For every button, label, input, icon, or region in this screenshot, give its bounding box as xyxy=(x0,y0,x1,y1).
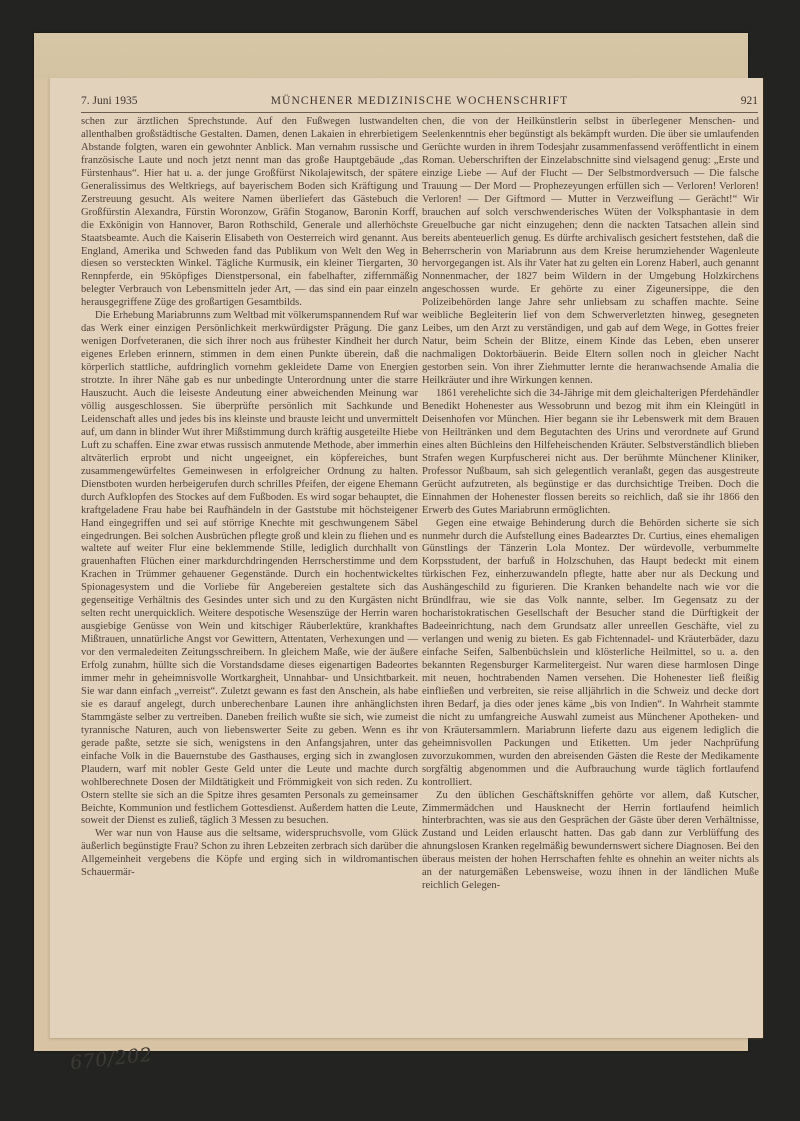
paragraph: Zu den üblichen Geschäftskniffen gehörte… xyxy=(422,790,759,894)
journal-title: MÜNCHENER MEDIZINISCHE WOCHENSCHRIFT xyxy=(81,95,758,107)
paragraph: Die Erhebung Mariabrunns zum Weltbad mit… xyxy=(81,310,418,828)
paragraph: Gegen eine etwaige Behinderung durch die… xyxy=(422,518,759,790)
paragraph: Wer war nun von Hause aus die seltsame, … xyxy=(81,828,418,880)
paragraph: 1861 verehelichte sich die 34-Jährige mi… xyxy=(422,388,759,518)
paragraph: chen, die von der Heilkünstlerin selbst … xyxy=(422,116,759,388)
page-number: 921 xyxy=(741,95,758,107)
page-header: 7. Juni 1935 MÜNCHENER MEDIZINISCHE WOCH… xyxy=(81,92,758,113)
paragraph: schen zur ärztlichen Sprechstunde. Auf d… xyxy=(81,116,418,310)
mount-top-shade xyxy=(34,33,748,79)
newspaper-clipping: 7. Juni 1935 MÜNCHENER MEDIZINISCHE WOCH… xyxy=(49,78,763,1038)
left-column: schen zur ärztlichen Sprechstunde. Auf d… xyxy=(81,116,418,880)
right-column: chen, die von der Heilkünstlerin selbst … xyxy=(422,116,759,893)
